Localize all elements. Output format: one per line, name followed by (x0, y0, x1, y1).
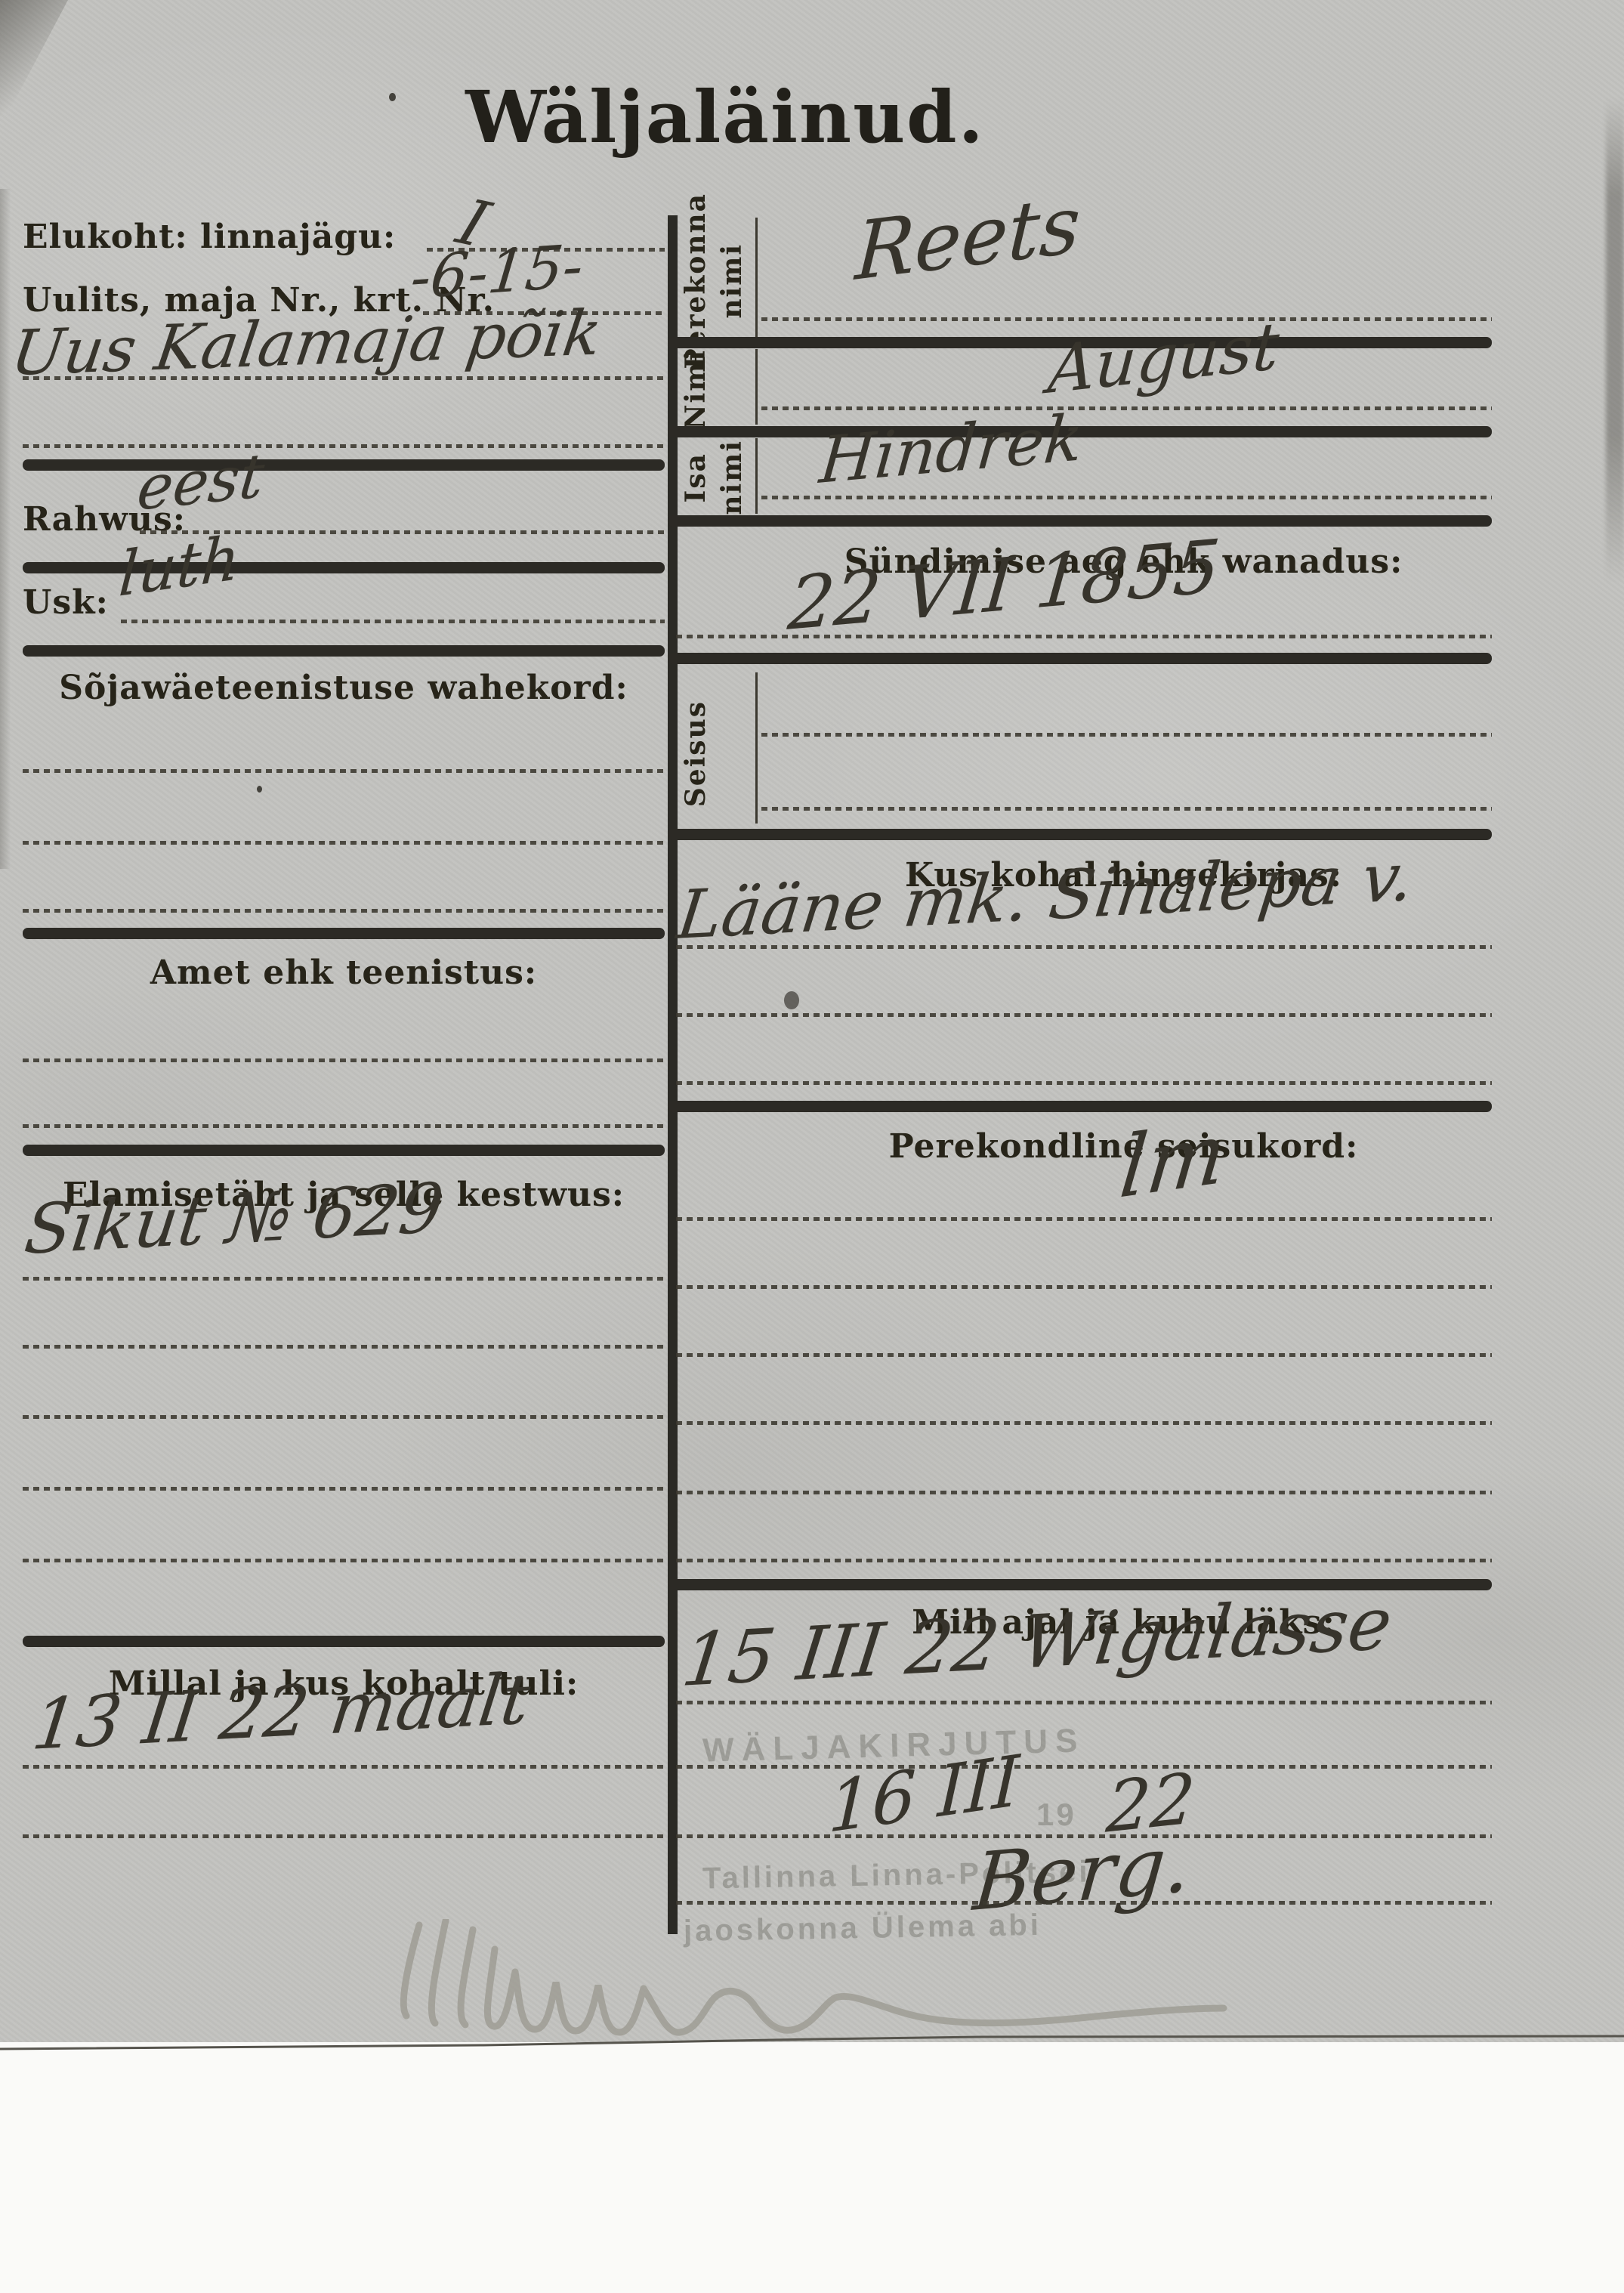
label-separator-line (755, 438, 758, 514)
dotted-line (761, 807, 1492, 811)
dotted-line (761, 406, 1492, 410)
dotted-line (23, 769, 665, 773)
firstname-label: Nimi (680, 351, 712, 427)
section-divider-bar (668, 515, 1492, 527)
family-status-handwriting: lm (1116, 1111, 1230, 1210)
dotted-line (676, 1701, 1492, 1704)
surname-value-handwriting: Reets (854, 184, 1082, 292)
dotted-line (23, 1834, 665, 1838)
dotted-line (761, 733, 1492, 737)
dotted-line (676, 1491, 1492, 1494)
dotted-line (676, 1217, 1492, 1221)
dotted-line (676, 1559, 1492, 1562)
dotted-line (676, 1353, 1492, 1357)
military-label: Sõjawäeteenistuse wahekord: (23, 669, 665, 707)
dotted-line (23, 444, 665, 448)
estate-label: Seisus (680, 684, 712, 824)
dotted-line (761, 496, 1492, 499)
stamp-text-line3: jaoskonna Ülema abi (684, 1908, 1042, 1948)
dotted-line (23, 1124, 665, 1128)
ink-speck (389, 93, 396, 101)
dotted-line (676, 1285, 1492, 1289)
label-separator-line (755, 349, 758, 425)
religion-value-handwriting: luth (117, 527, 242, 606)
residence-label: Elukoht: linnajägu: (23, 218, 396, 256)
section-divider-bar (668, 653, 1492, 664)
dotted-line (23, 1345, 665, 1349)
religion-label: Usk: (23, 583, 109, 622)
scan-edge-top-left (0, 0, 68, 128)
dotted-line (676, 1901, 1492, 1905)
father-value-handwriting: Hindrek (817, 406, 1085, 493)
section-divider-bar (23, 928, 665, 939)
center-divider (668, 215, 678, 1934)
signature-handwriting: Berg. (971, 1824, 1193, 1922)
nationality-value-handwriting: eest (134, 445, 267, 520)
occupation-label: Amet ehk teenistus: (23, 953, 665, 992)
dotted-line (761, 317, 1492, 321)
dotted-line (23, 1277, 665, 1281)
dotted-line (23, 1058, 665, 1062)
dotted-line (676, 945, 1492, 949)
scanned-registration-card: Wäljaläinud. Elukoht: linnajägu: I Uulit… (0, 0, 1624, 2293)
dotted-line (23, 909, 665, 913)
section-divider-bar (23, 645, 665, 657)
section-divider-bar (668, 1101, 1492, 1112)
dotted-line (676, 1765, 1492, 1769)
dotted-line (23, 841, 665, 845)
section-divider-bar (23, 459, 665, 471)
father-name-label: Isa nimi (680, 440, 748, 515)
firstname-value-handwriting: August (1046, 314, 1281, 403)
page-title: Wäljaläinud. (347, 76, 1103, 159)
dotted-line (676, 1081, 1492, 1085)
dotted-line (23, 376, 665, 380)
scan-edge-right (1606, 98, 1624, 582)
scan-edge-left (0, 189, 11, 869)
paper-sheet: Wäljaläinud. Elukoht: linnajägu: I Uulit… (0, 0, 1624, 2042)
ink-speck (257, 786, 262, 793)
dotted-line (23, 1559, 665, 1562)
street-no-value-handwriting: -6-15- (408, 236, 586, 308)
label-separator-line (755, 672, 758, 824)
section-divider-bar (23, 1636, 665, 1647)
dotted-line (676, 1013, 1492, 1017)
street-name-handwriting: Uus Kalamaja põik (8, 302, 605, 385)
dotted-line (23, 1415, 665, 1419)
dotted-line (676, 1421, 1492, 1425)
section-divider-bar (23, 1145, 665, 1156)
permit-value-handwriting: Sikut № 629 (21, 1174, 447, 1265)
dotted-line (676, 635, 1492, 638)
ink-smudge (784, 991, 799, 1009)
dotted-line (23, 1487, 665, 1491)
section-divider-bar (668, 829, 1492, 840)
dotted-line (23, 1765, 665, 1769)
dotted-line (121, 620, 665, 623)
label-separator-line (755, 218, 758, 337)
surname-label: Perekonna nimi (680, 221, 748, 341)
